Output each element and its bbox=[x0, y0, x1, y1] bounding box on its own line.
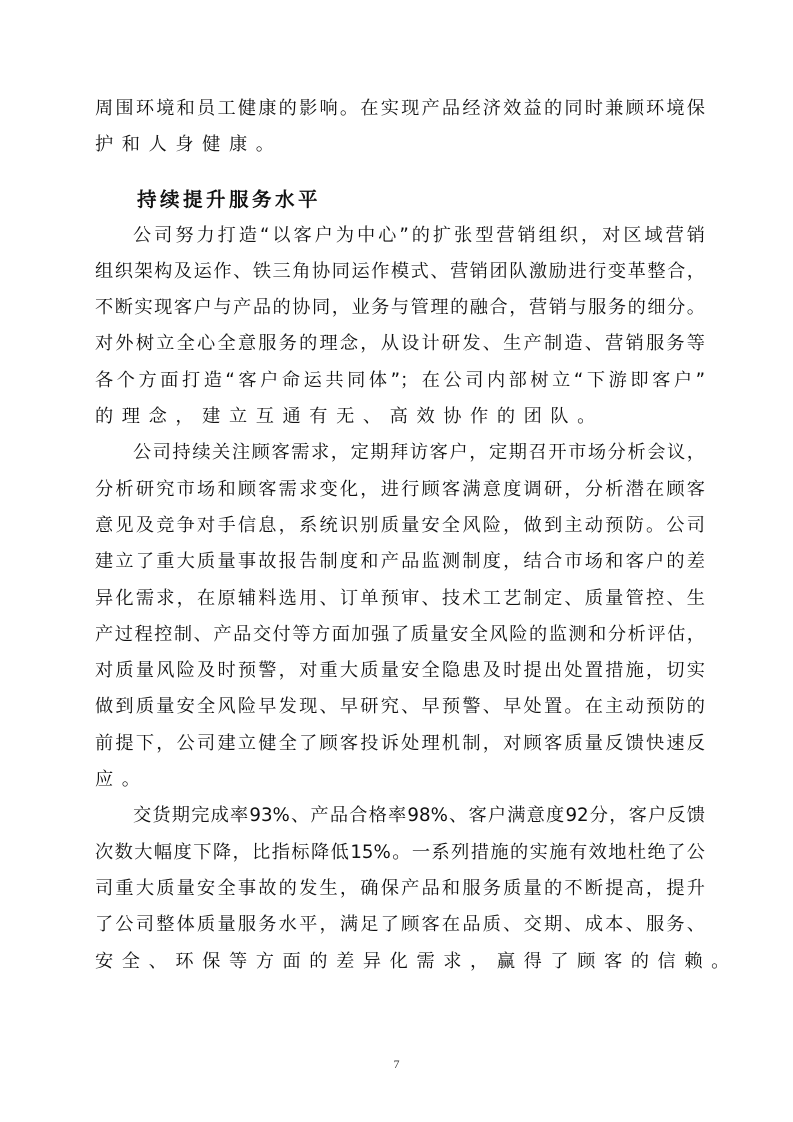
body-line: 了公司整体质量服务水平，满足了顾客在品质、交期、成本、服务、 bbox=[95, 907, 705, 943]
paragraph-2: 公司持续关注顾客需求，定期拜访客户，定期召开市场分析会议， 分析研究市场和顾客需… bbox=[95, 435, 705, 798]
paragraph-3: 交货期完成率93%、产品合格率98%、客户满意度92分，客户反馈 次数大幅度下降… bbox=[95, 798, 705, 979]
body-line: 次数大幅度下降，比指标降低15%。一系列措施的实施有效地杜绝了公 bbox=[95, 835, 705, 871]
body-line: 周围环境和员工健康的影响。在实现产品经济效益的同时兼顾环境保 bbox=[95, 91, 705, 127]
body-line: 前提下，公司建立健全了顾客投诉处理机制，对顾客质量反馈快速反 bbox=[95, 726, 705, 762]
body-line: 公司努力打造“以客户为中心”的扩张型营销组织，对区域营销 bbox=[95, 218, 705, 254]
section-heading: 持续提升服务水平 bbox=[95, 182, 705, 218]
body-line: 对外树立全心全意服务的理念，从设计研发、生产制造、营销服务等 bbox=[95, 326, 705, 362]
body-line: 不断实现客户与产品的协同，业务与管理的融合，营销与服务的细分。 bbox=[95, 290, 705, 326]
body-line: 对质量风险及时预警，对重大质量安全隐患及时提出处置措施，切实 bbox=[95, 653, 705, 689]
body-line: 组织架构及运作、铁三角协同运作模式、营销团队激励进行变革整合， bbox=[95, 254, 705, 290]
document-page: 周围环境和员工健康的影响。在实现产品经济效益的同时兼顾环境保 护和人身健康。 持… bbox=[95, 91, 705, 980]
body-line: 司重大质量安全事故的发生，确保产品和服务质量的不断提高，提升 bbox=[95, 871, 705, 907]
body-line: 的理念，建立互通有无、高效协作的团队。 bbox=[95, 399, 705, 435]
body-line: 护和人身健康。 bbox=[95, 127, 705, 163]
body-line: 应。 bbox=[95, 762, 705, 798]
body-line: 各个方面打造“客户命运共同体”；在公司内部树立“下游即客户” bbox=[95, 363, 705, 399]
body-line: 交货期完成率93%、产品合格率98%、客户满意度92分，客户反馈 bbox=[95, 798, 705, 834]
body-line: 公司持续关注顾客需求，定期拜访客户，定期召开市场分析会议， bbox=[95, 435, 705, 471]
body-line: 建立了重大质量事故报告制度和产品监测制度，结合市场和客户的差 bbox=[95, 544, 705, 580]
paragraph-1: 公司努力打造“以客户为中心”的扩张型营销组织，对区域营销 组织架构及运作、铁三角… bbox=[95, 218, 705, 436]
body-line: 做到质量安全风险早发现、早研究、早预警、早处置。在主动预防的 bbox=[95, 689, 705, 725]
body-line: 安全、环保等方面的差异化需求，赢得了顾客的信赖。 bbox=[95, 944, 705, 980]
body-line: 异化需求，在原辅料选用、订单预审、技术工艺制定、质量管控、生 bbox=[95, 581, 705, 617]
body-line: 意见及竞争对手信息，系统识别质量安全风险，做到主动预防。公司 bbox=[95, 508, 705, 544]
body-line: 产过程控制、产品交付等方面加强了质量安全风险的监测和分析评估， bbox=[95, 617, 705, 653]
body-line: 分析研究市场和顾客需求变化，进行顾客满意度调研，分析潜在顾客 bbox=[95, 472, 705, 508]
page-number: 7 bbox=[0, 1057, 793, 1072]
